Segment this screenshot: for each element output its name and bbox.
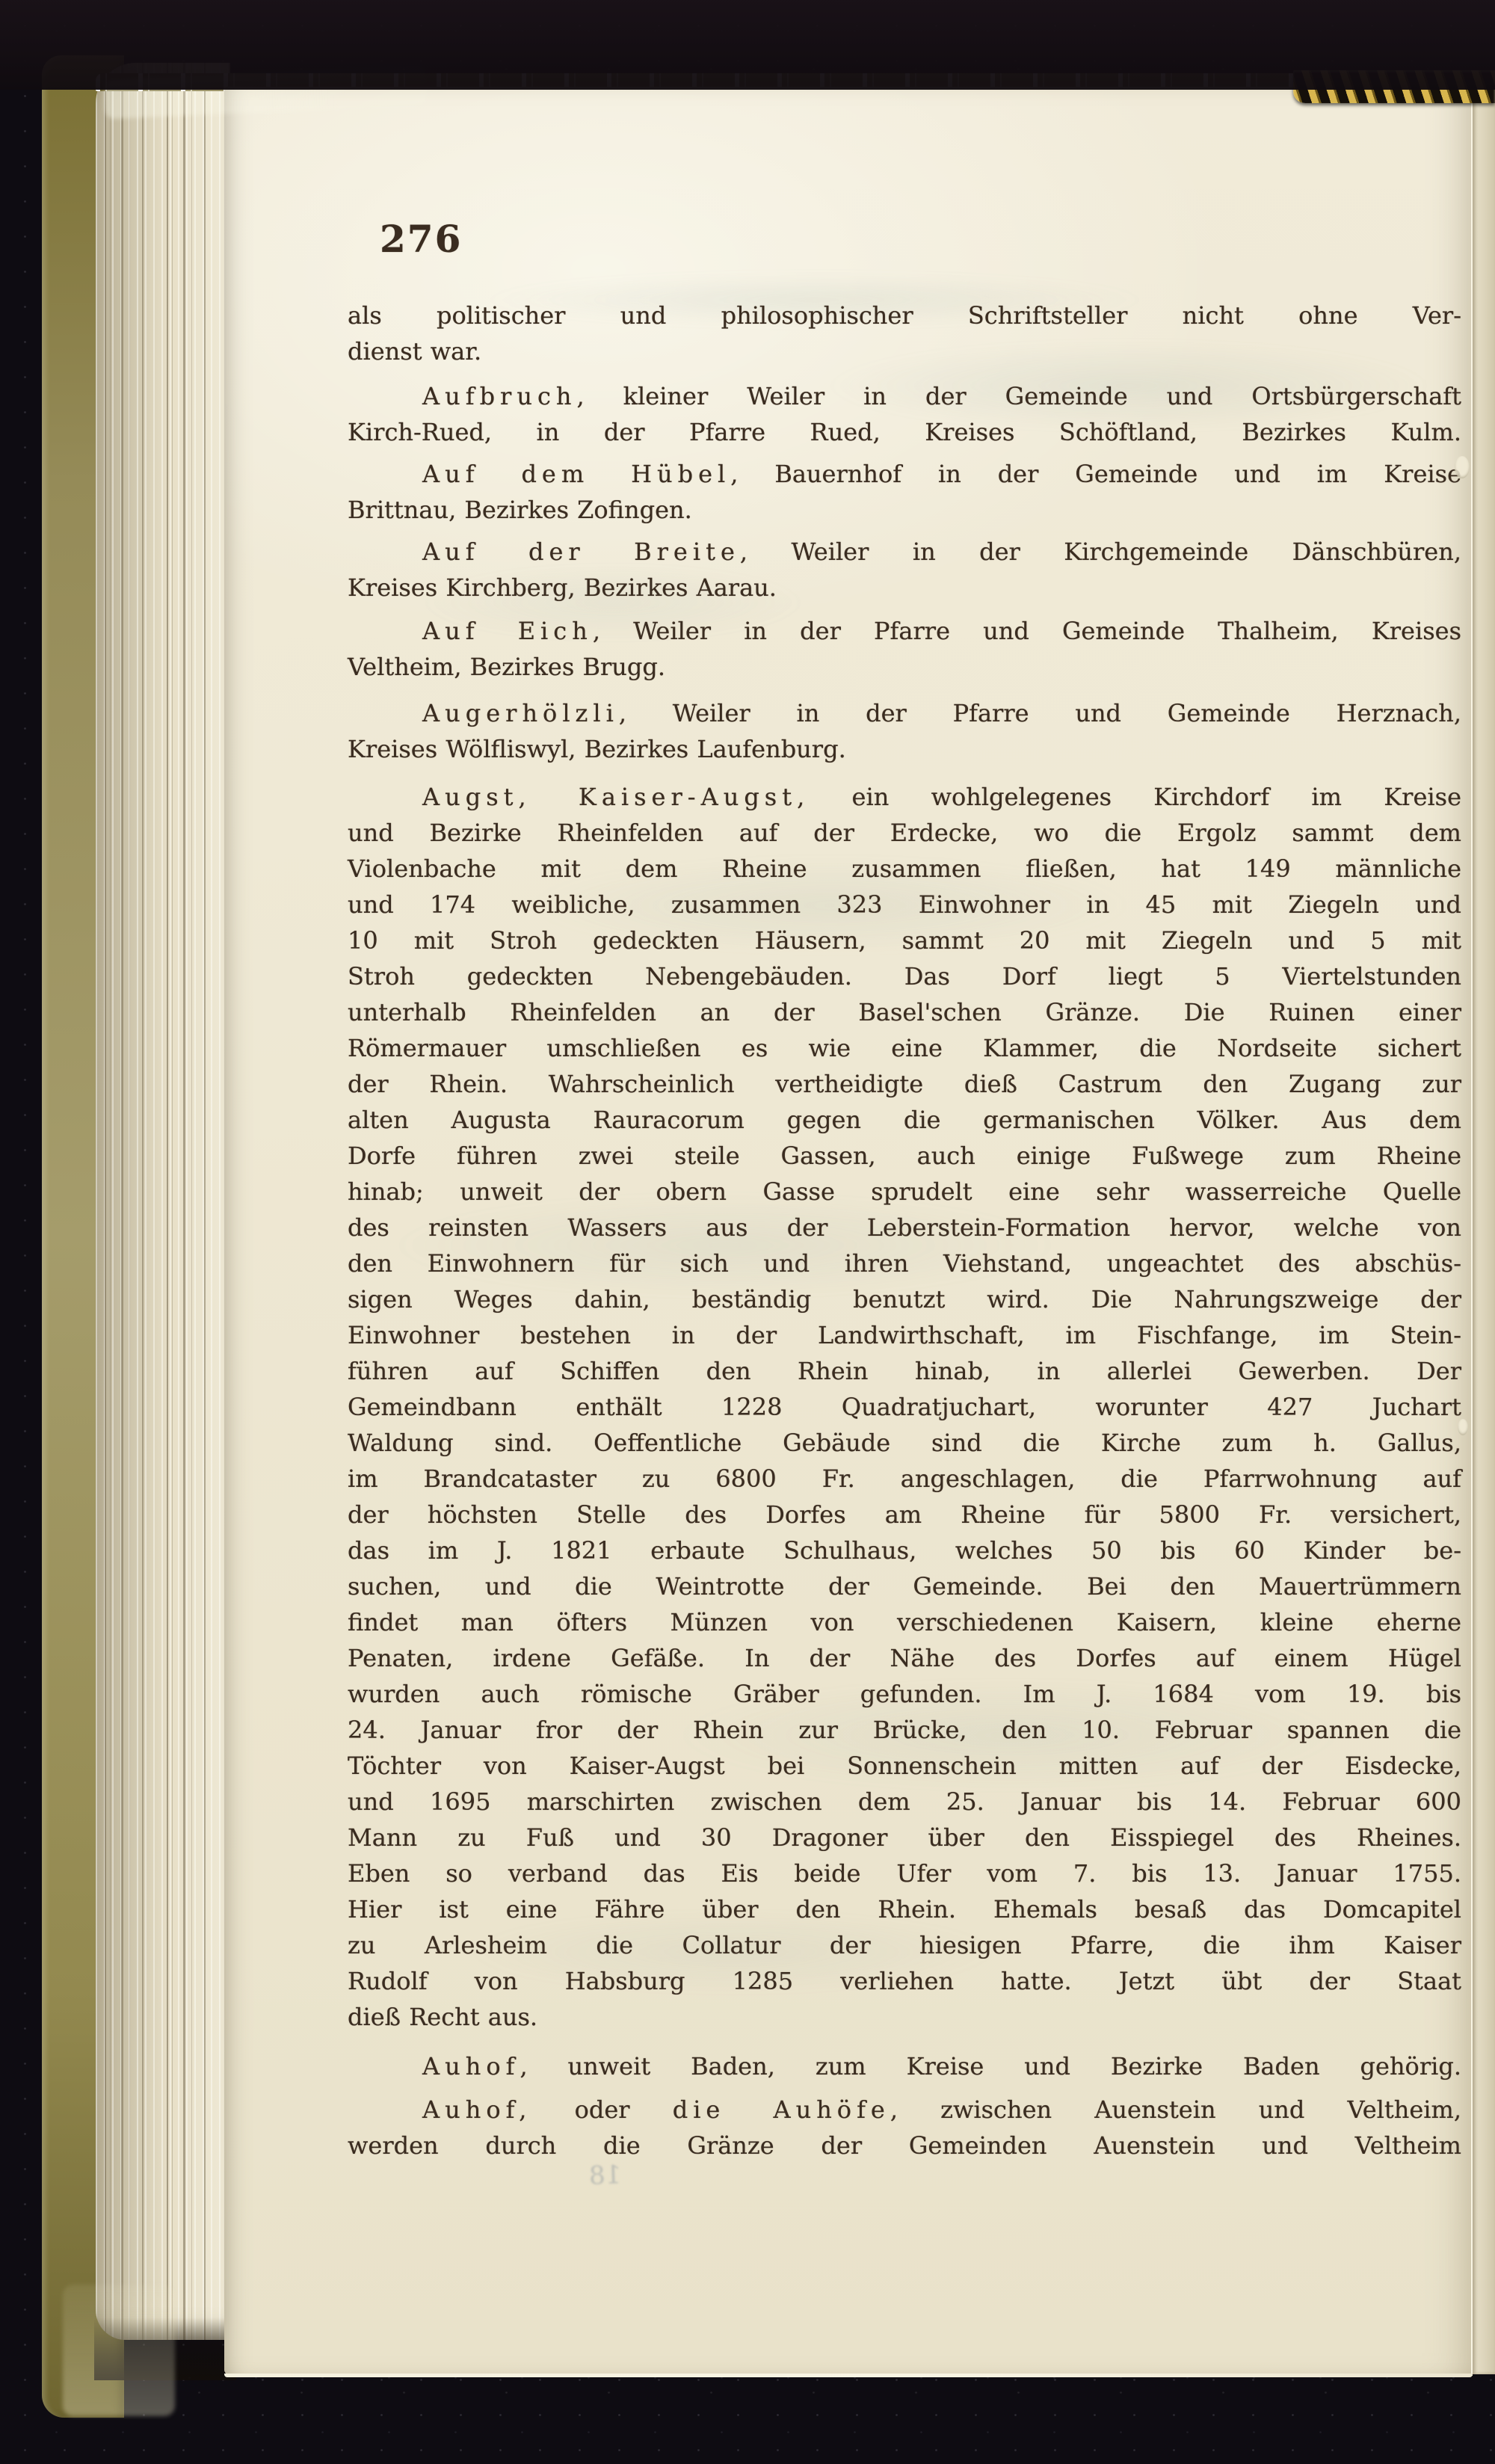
page-edge-stack	[96, 63, 230, 2340]
text-run: als politischer und philosophischer Schr…	[348, 301, 1461, 330]
text-line: Auf Eich, Weiler in der Pfarre und Gemei…	[348, 613, 1461, 649]
text-line: Einwohner bestehen in der Landwirthschaf…	[348, 1317, 1461, 1353]
text-line: Waldung sind. Oeffentliche Gebäude sind …	[348, 1425, 1461, 1461]
text-line: Gemeindbann enthält 1228 Quadratjuchart,…	[348, 1389, 1461, 1425]
text-run: , kleiner Weiler in der Gemeinde und Ort…	[576, 382, 1461, 410]
page-number: 276	[380, 217, 462, 261]
text-line: und 1695 marschirten zwischen dem 25. Ja…	[348, 1784, 1461, 1820]
text-run: Waldung sind. Oeffentliche Gebäude sind …	[348, 1429, 1461, 1457]
text-line: Stroh gedeckten Nebengebäuden. Das Dorf …	[348, 958, 1461, 994]
text-line: Kirch-Rued, in der Pfarre Rued, Kreises …	[348, 414, 1461, 450]
text-line: suchen, und die Weintrotte der Gemeinde.…	[348, 1568, 1461, 1604]
text-run: Veltheim, Bezirkes Brugg.	[348, 653, 665, 681]
text-line: Auhof, oder die Auhöfe, zwischen Auenste…	[348, 2092, 1461, 2128]
text-line: Augst, Kaiser-Augst, ein wohlgelegenes K…	[348, 779, 1461, 815]
text-line: und 174 weibliche, zusammen 323 Einwohne…	[348, 887, 1461, 923]
entry-headword: Augerhölzli	[422, 699, 619, 727]
entry-headword: Auf dem Hübel	[422, 460, 730, 488]
text-line: 10 mit Stroh gedeckten Häusern, sammt 20…	[348, 923, 1461, 958]
text-run: , unweit Baden, zum Kreise und Bezirke B…	[520, 2052, 1461, 2080]
text-run: das im J. 1821 erbaute Schulhaus, welche…	[348, 1536, 1461, 1565]
text-line: Auf dem Hübel, Bauernhof in der Gemeinde…	[348, 456, 1461, 492]
text-run: Eben so verband das Eis beide Ufer vom 7…	[348, 1859, 1461, 1888]
entry-headword: Aufbruch	[422, 382, 576, 410]
text-run: Kirch-Rued, in der Pfarre Rued, Kreises …	[348, 418, 1461, 446]
text-line: der Rhein. Wahrscheinlich vertheidigte d…	[348, 1066, 1461, 1102]
text-line: alten Augusta Rauracorum gegen die germa…	[348, 1102, 1461, 1138]
text-line: Kreises Wölfliswyl, Bezirkes Laufenburg.	[348, 731, 1461, 767]
text-run: werden durch die Gränze der Gemeinden Au…	[348, 2131, 1461, 2160]
entry-headword: Augst, Kaiser-Augst,	[422, 783, 810, 811]
text-run: unterhalb Rheinfelden an der Basel'schen…	[348, 998, 1461, 1026]
text-line: Mann zu Fuß und 30 Dragoner über den Eis…	[348, 1820, 1461, 1855]
text-run: Violenbache mit dem Rheine zusammen flie…	[348, 854, 1461, 883]
text-run: und 174 weibliche, zusammen 323 Einwohne…	[348, 890, 1461, 919]
text-run: Rudolf von Habsburg 1285 verliehen hatte…	[348, 1967, 1461, 1995]
text-line: der höchsten Stelle des Dorfes am Rheine…	[348, 1497, 1461, 1533]
text-line: zu Arlesheim die Collatur der hiesigen P…	[348, 1927, 1461, 1963]
page-edge-nick	[1458, 1419, 1468, 1435]
text-line: den Einwohnern für sich und ihren Viehst…	[348, 1245, 1461, 1281]
text-run: oder	[531, 2095, 672, 2124]
text-line: führen auf Schiffen den Rhein hinab, in …	[348, 1353, 1461, 1389]
text-run: ein wohlgelegenes Kirchdorf im Kreise	[810, 783, 1461, 811]
entry-headword: die Auhöfe	[673, 2095, 890, 2124]
text-line: Dorfe führen zwei steile Gassen, auch ei…	[348, 1138, 1461, 1174]
text-line: im Brandcataster zu 6800 Fr. angeschlage…	[348, 1461, 1461, 1497]
text-run: und 1695 marschirten zwischen dem 25. Ja…	[348, 1787, 1461, 1816]
text-line: als politischer und philosophischer Schr…	[348, 298, 1461, 333]
text-run: findet man öfters Münzen von verschieden…	[348, 1608, 1461, 1636]
bottom-shadow	[0, 0, 1495, 90]
text-run: Penaten, irdene Gefäße. In der Nähe des …	[348, 1644, 1461, 1672]
text-line: Hier ist eine Fähre über den Rhein. Ehem…	[348, 1891, 1461, 1927]
text-run: , Weiler in der Kirchgemeinde Dänschbüre…	[740, 538, 1461, 566]
entry-headword: Auf der Breite	[422, 538, 740, 566]
text-line: Töchter von Kaiser-Augst bei Sonnenschei…	[348, 1748, 1461, 1784]
book-page: 276 als politischer und philosophischer …	[224, 87, 1473, 2376]
text-run: , zwischen Auenstein und Veltheim,	[890, 2095, 1461, 2124]
text-run: 10 mit Stroh gedeckten Häusern, sammt 20…	[348, 926, 1461, 955]
text-line: Rudolf von Habsburg 1285 verliehen hatte…	[348, 1963, 1461, 1999]
text-run: Mann zu Fuß und 30 Dragoner über den Eis…	[348, 1823, 1461, 1852]
text-line: des reinsten Wassers aus der Leberstein-…	[348, 1210, 1461, 1245]
text-run: führen auf Schiffen den Rhein hinab, in …	[348, 1357, 1461, 1385]
text-line: Brittnau, Bezirkes Zofingen.	[348, 492, 1461, 528]
text-run: und Bezirke Rheinfelden auf der Erdecke,…	[348, 819, 1461, 847]
text-run: des reinsten Wassers aus der Leberstein-…	[348, 1213, 1461, 1242]
text-run: wurden auch römische Gräber gefunden. Im…	[348, 1680, 1461, 1708]
text-run: dienst war.	[348, 337, 481, 366]
text-run: Römermauer umschließen es wie eine Klamm…	[348, 1034, 1461, 1062]
text-run: Kreises Kirchberg, Bezirkes Aarau.	[348, 573, 777, 602]
text-run: alten Augusta Rauracorum gegen die germa…	[348, 1106, 1461, 1134]
text-line: Veltheim, Bezirkes Brugg.	[348, 649, 1461, 685]
entry-headword: Auf Eich	[422, 617, 593, 645]
text-line: Kreises Kirchberg, Bezirkes Aarau.	[348, 570, 1461, 606]
text-run: Einwohner bestehen in der Landwirthschaf…	[348, 1321, 1461, 1349]
text-run: , Weiler in der Pfarre und Gemeinde Thal…	[593, 617, 1461, 645]
page-edge-nick	[1455, 456, 1470, 478]
text-line: Penaten, irdene Gefäße. In der Nähe des …	[348, 1640, 1461, 1676]
text-line: hinab; unweit der obern Gasse sprudelt e…	[348, 1174, 1461, 1210]
text-run: hinab; unweit der obern Gasse sprudelt e…	[348, 1177, 1461, 1206]
ghost-signature-mark: 18	[588, 2160, 622, 2190]
entry-headword: Auhof	[422, 2052, 520, 2080]
text-run: Brittnau, Bezirkes Zofingen.	[348, 496, 692, 524]
text-run: suchen, und die Weintrotte der Gemeinde.…	[348, 1572, 1461, 1601]
text-block: als politischer und philosophischer Schr…	[348, 298, 1461, 2163]
text-line: unterhalb Rheinfelden an der Basel'schen…	[348, 994, 1461, 1030]
text-line: dieß Recht aus.	[348, 1999, 1461, 2035]
text-run: Gemeindbann enthält 1228 Quadratjuchart,…	[348, 1393, 1461, 1421]
text-line: dienst war.	[348, 333, 1461, 369]
text-run: Stroh gedeckten Nebengebäuden. Das Dorf …	[348, 962, 1461, 991]
text-line: Eben so verband das Eis beide Ufer vom 7…	[348, 1855, 1461, 1891]
adjacent-page-edge	[1473, 96, 1495, 2374]
text-run: zu Arlesheim die Collatur der hiesigen P…	[348, 1931, 1461, 1959]
text-line: findet man öfters Münzen von verschieden…	[348, 1604, 1461, 1640]
text-run: , Weiler in der Pfarre und Gemeinde Herz…	[619, 699, 1461, 727]
text-line: werden durch die Gränze der Gemeinden Au…	[348, 2128, 1461, 2163]
text-line: Römermauer umschließen es wie eine Klamm…	[348, 1030, 1461, 1066]
text-line: das im J. 1821 erbaute Schulhaus, welche…	[348, 1533, 1461, 1568]
text-run: Dorfe führen zwei steile Gassen, auch ei…	[348, 1142, 1461, 1170]
text-line: sigen Weges dahin, beständig benutzt wir…	[348, 1281, 1461, 1317]
tape-shine	[63, 2285, 175, 2416]
text-line: Auf der Breite, Weiler in der Kirchgemei…	[348, 534, 1461, 570]
text-run: Töchter von Kaiser-Augst bei Sonnenschei…	[348, 1752, 1461, 1780]
text-run: , Bauernhof in der Gemeinde und im Kreis…	[730, 460, 1461, 488]
text-line: Augerhölzli, Weiler in der Pfarre und Ge…	[348, 695, 1461, 731]
text-run: Kreises Wölfliswyl, Bezirkes Laufenburg.	[348, 735, 846, 763]
text-run: der Rhein. Wahrscheinlich vertheidigte d…	[348, 1070, 1461, 1098]
text-run: dieß Recht aus.	[348, 2003, 537, 2031]
text-run: im Brandcataster zu 6800 Fr. angeschlage…	[348, 1464, 1461, 1493]
text-line: und Bezirke Rheinfelden auf der Erdecke,…	[348, 815, 1461, 851]
text-line: Auhof, unweit Baden, zum Kreise und Bezi…	[348, 2048, 1461, 2084]
text-line: wurden auch römische Gräber gefunden. Im…	[348, 1676, 1461, 1712]
entry-headword: Auhof,	[422, 2095, 531, 2124]
text-line: Violenbache mit dem Rheine zusammen flie…	[348, 851, 1461, 887]
photographed-book-scene: 276 als politischer und philosophischer …	[0, 0, 1495, 2464]
text-run: der höchsten Stelle des Dorfes am Rheine…	[348, 1500, 1461, 1529]
text-run: sigen Weges dahin, beständig benutzt wir…	[348, 1285, 1461, 1313]
text-run: Hier ist eine Fähre über den Rhein. Ehem…	[348, 1895, 1461, 1924]
text-run: 24. Januar fror der Rhein zur Brücke, de…	[348, 1716, 1461, 1744]
text-line: 24. Januar fror der Rhein zur Brücke, de…	[348, 1712, 1461, 1748]
text-run: den Einwohnern für sich und ihren Viehst…	[348, 1249, 1461, 1278]
text-line: Aufbruch, kleiner Weiler in der Gemeinde…	[348, 378, 1461, 414]
